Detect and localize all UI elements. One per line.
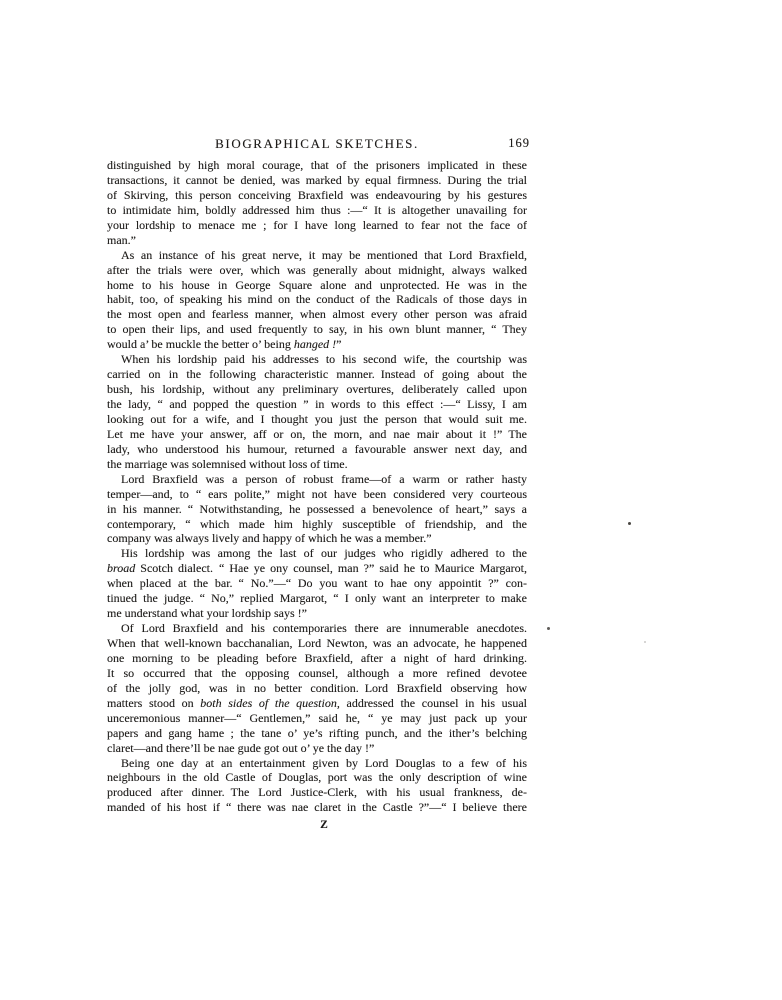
text-segment: man.”: [107, 233, 136, 247]
text-line: your lordship to menace me ; for I have …: [107, 218, 527, 233]
text-segment: papers and gang hame ; the tane o’ ye’s …: [107, 726, 527, 740]
text-segment: looking out for a wife, and I thought yo…: [107, 412, 527, 426]
text-segment: when placed at the bar. “ No.”—“ Do you …: [107, 576, 527, 590]
text-segment: contemporary, “ which made him highly su…: [107, 517, 527, 531]
text-segment: to intimidate him, boldly addressed him …: [107, 203, 527, 217]
text-block: distinguished by high moral courage, tha…: [107, 158, 527, 815]
text-line: tinued the judge. “ No,” replied Margaro…: [107, 591, 527, 606]
text-line: of the jolly god, was in no better condi…: [107, 681, 527, 696]
text-line: one morning to be pleading before Braxfi…: [107, 651, 527, 666]
text-segment: unceremonious manner—“ Gentlemen,” said …: [107, 711, 527, 725]
page-title: BIOGRAPHICAL SKETCHES.: [107, 136, 527, 152]
text-segment: When that well-known bacchanalian, Lord …: [107, 636, 527, 650]
text-line: Lord Braxfield was a person of robust fr…: [107, 472, 527, 487]
text-segment: habit, too, of speaking his mind on the …: [107, 292, 527, 306]
page-number: 169: [508, 136, 530, 151]
text-segment: temper—and, to “ ears polite,” might not…: [107, 487, 527, 501]
text-line: produced after dinner. The Lord Justice-…: [107, 785, 527, 800]
text-segment: would a’ be muckle the better o’ being: [107, 337, 294, 351]
text-line: to open their lips, and used frequently …: [107, 322, 527, 337]
text-line: It so occurred that the opposing counsel…: [107, 666, 527, 681]
text-segment: It so occurred that the opposing counsel…: [107, 666, 527, 680]
paragraph: As an instance of his great nerve, it ma…: [107, 248, 527, 353]
text-line: looking out for a wife, and I thought yo…: [107, 412, 527, 427]
text-segment: Of Lord Braxfield and his contemporaries…: [121, 621, 527, 635]
italic-text: broad: [107, 561, 135, 575]
text-segment: tinued the judge. “ No,” replied Margaro…: [107, 591, 527, 605]
text-segment: produced after dinner. The Lord Justice-…: [107, 785, 527, 799]
text-line: home to his house in George Square alone…: [107, 278, 527, 293]
text-segment: Being one day at an entertainment given …: [121, 756, 527, 770]
text-line: His lordship was among the last of our j…: [107, 546, 527, 561]
scan-speck: [644, 641, 646, 643]
text-line: bush, his lordship, without any prelimin…: [107, 382, 527, 397]
text-segment: bush, his lordship, without any prelimin…: [107, 382, 527, 396]
text-segment: matters stood on: [107, 696, 200, 710]
text-line: Let me have your answer, aff or on, the …: [107, 427, 527, 442]
text-line: habit, too, of speaking his mind on the …: [107, 292, 527, 307]
text-line: papers and gang hame ; the tane o’ ye’s …: [107, 726, 527, 741]
text-segment: manded of his host if “ there was nae cl…: [107, 800, 527, 814]
text-line: lady, who understood his humour, returne…: [107, 442, 527, 457]
text-segment: to open their lips, and used frequently …: [107, 322, 527, 336]
text-segment: neighbours in the old Castle of Douglas,…: [107, 770, 527, 784]
scan-speck: [547, 627, 550, 630]
printer-signature-mark: Z: [114, 819, 534, 831]
running-header: BIOGRAPHICAL SKETCHES. 169: [107, 136, 527, 150]
text-line: in his manner. “ Notwithstanding, he pos…: [107, 502, 527, 517]
text-line: contemporary, “ which made him highly su…: [107, 517, 527, 532]
text-segment: of Skirving, this person conceiving Brax…: [107, 188, 527, 202]
text-line: the lady, “ and popped the question ” in…: [107, 397, 527, 412]
text-line: transactions, it cannot be denied, was m…: [107, 173, 527, 188]
text-segment: the most open and fearless manner, when …: [107, 307, 527, 321]
text-segment: me understand what your lordship says !”: [107, 606, 307, 620]
text-line: temper—and, to “ ears polite,” might not…: [107, 487, 527, 502]
text-line: unceremonious manner—“ Gentlemen,” said …: [107, 711, 527, 726]
paragraph: His lordship was among the last of our j…: [107, 546, 527, 621]
text-segment: addressed the counsel in his usual: [340, 696, 527, 710]
text-segment: the lady, “ and popped the question ” in…: [107, 397, 527, 411]
text-segment: As an instance of his great nerve, it ma…: [121, 248, 527, 262]
text-segment: Lord Braxfield was a person of robust fr…: [121, 472, 527, 486]
scan-speck: [628, 522, 631, 525]
scanned-book-page: BIOGRAPHICAL SKETCHES. 169 distinguished…: [0, 0, 782, 1000]
text-segment: in his manner. “ Notwithstanding, he pos…: [107, 502, 527, 516]
page-content: BIOGRAPHICAL SKETCHES. 169 distinguished…: [107, 136, 527, 831]
text-segment: the marriage was solemnised without loss…: [107, 457, 348, 471]
text-segment: distinguished by high moral courage, tha…: [107, 158, 527, 172]
text-line: matters stood on both sides of the quest…: [107, 696, 527, 711]
text-line: neighbours in the old Castle of Douglas,…: [107, 770, 527, 785]
paragraph: Of Lord Braxfield and his contemporaries…: [107, 621, 527, 755]
text-line: broad Scotch dialect. “ Hae ye ony couns…: [107, 561, 527, 576]
text-line: to intimidate him, boldly addressed him …: [107, 203, 527, 218]
text-line: the most open and fearless manner, when …: [107, 307, 527, 322]
text-segment: home to his house in George Square alone…: [107, 278, 527, 292]
text-segment: after the trials were over, which was ge…: [107, 263, 527, 277]
text-line: claret—and there’ll be nae gude got out …: [107, 741, 527, 756]
text-segment: claret—and there’ll be nae gude got out …: [107, 741, 374, 755]
text-line: manded of his host if “ there was nae cl…: [107, 800, 527, 815]
text-line: after the trials were over, which was ge…: [107, 263, 527, 278]
paragraph: When his lordship paid his addresses to …: [107, 352, 527, 472]
text-line: As an instance of his great nerve, it ma…: [107, 248, 527, 263]
text-segment: one morning to be pleading before Braxfi…: [107, 651, 527, 665]
text-segment: of the jolly god, was in no better condi…: [107, 681, 527, 695]
paragraph: Lord Braxfield was a person of robust fr…: [107, 472, 527, 547]
text-line: man.”: [107, 233, 527, 248]
text-line: When his lordship paid his addresses to …: [107, 352, 527, 367]
text-segment: company was always lively and happy of w…: [107, 531, 432, 545]
text-segment: ”: [336, 337, 341, 351]
text-line: would a’ be muckle the better o’ being h…: [107, 337, 527, 352]
text-line: company was always lively and happy of w…: [107, 531, 527, 546]
paragraph: distinguished by high moral courage, tha…: [107, 158, 527, 248]
text-segment: carried on in the following characterist…: [107, 367, 527, 381]
text-segment: His lordship was among the last of our j…: [121, 546, 527, 560]
text-line: when placed at the bar. “ No.”—“ Do you …: [107, 576, 527, 591]
paragraph: Being one day at an entertainment given …: [107, 756, 527, 816]
text-segment: When his lordship paid his addresses to …: [121, 352, 527, 366]
text-segment: Scotch dialect. “ Hae ye ony counsel, ma…: [135, 561, 527, 575]
text-line: Of Lord Braxfield and his contemporaries…: [107, 621, 527, 636]
italic-text: hanged !: [294, 337, 336, 351]
text-line: distinguished by high moral courage, tha…: [107, 158, 527, 173]
text-line: When that well-known bacchanalian, Lord …: [107, 636, 527, 651]
text-segment: Let me have your answer, aff or on, the …: [107, 427, 527, 441]
text-line: carried on in the following characterist…: [107, 367, 527, 382]
text-line: the marriage was solemnised without loss…: [107, 457, 527, 472]
italic-text: both sides of the question,: [200, 696, 340, 710]
text-line: of Skirving, this person conceiving Brax…: [107, 188, 527, 203]
text-segment: transactions, it cannot be denied, was m…: [107, 173, 527, 187]
text-line: me understand what your lordship says !”: [107, 606, 527, 621]
text-segment: lady, who understood his humour, returne…: [107, 442, 527, 456]
text-line: Being one day at an entertainment given …: [107, 756, 527, 771]
text-segment: your lordship to menace me ; for I have …: [107, 218, 527, 232]
